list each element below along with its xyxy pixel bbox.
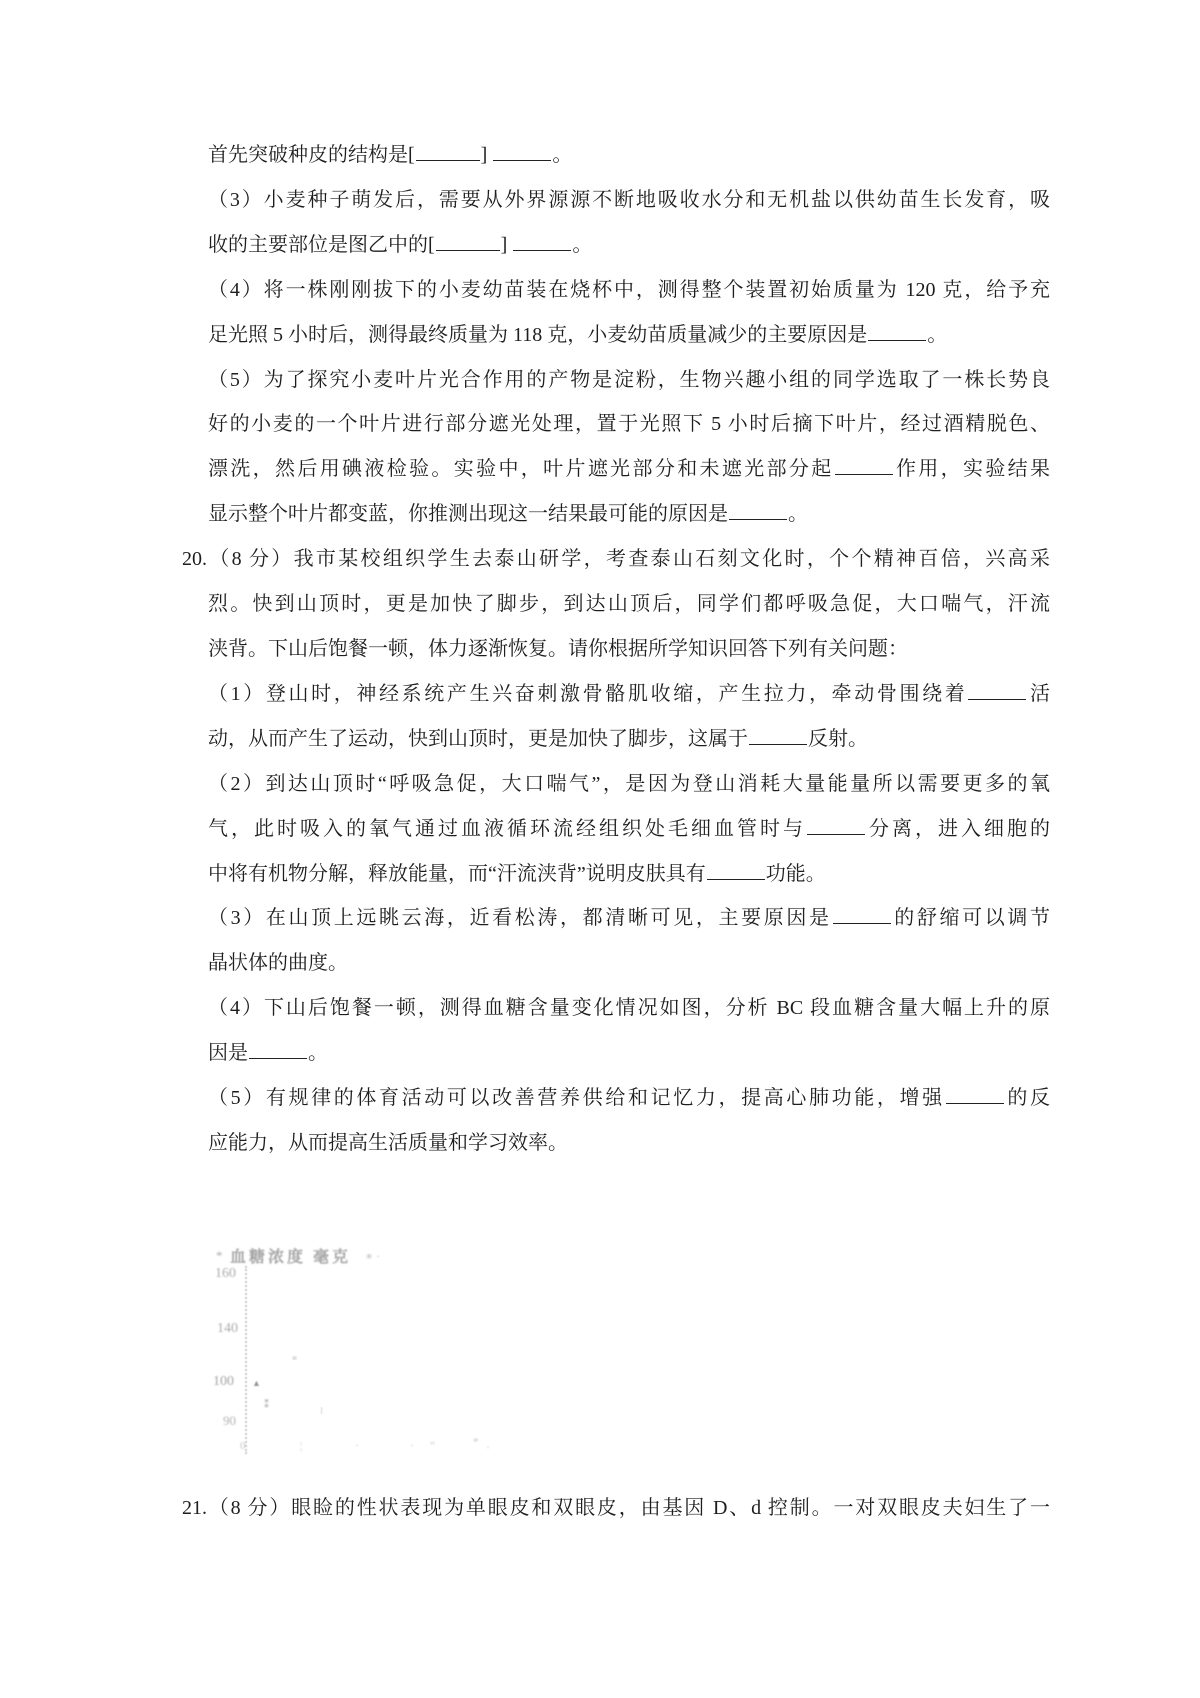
text-run: （3）小麦种子萌发后，需要从外界源源不断地吸收水分和无机盐以供幼苗生长发育，吸 [208,189,1050,211]
figure-x-tick: · [410,1438,414,1453]
answer-blank [436,247,500,251]
text-line: 晶状体的曲度。 [208,941,1050,986]
text-run: 气，此时吸入的氧气通过血液循环流经组织处毛细血管时与 [208,818,806,840]
figure-point: ⁑ [264,1400,269,1411]
text-line: 动，从而产生了运动，快到山顶时，更是加快了脚步，这属于反射。 [208,717,1050,762]
text-run: 晶状体的曲度。 [208,952,348,974]
text-line: 漂洗，然后用碘液检验。实验中，叶片遮光部分和未遮光部分起作用，实验结果 [208,447,1050,492]
text-line: （1）登山时，神经系统产生兴奋刺激骨骼肌收缩，产生拉力，牵动骨围绕着活 [208,672,1050,717]
text-line: 应能力，从而提高生活质量和学习效率。 [208,1121,1050,1166]
text-line: 中将有机物分解，释放能量，而“汗流浃背”说明皮肤具有功能。 [208,852,1050,897]
figure-title: 血糖浓度 毫克 [230,1244,351,1267]
text-line: 显示整个叶片都变蓝，你推测出现这一结果最可能的原因是。 [208,492,1050,537]
text-line: 首先突破种皮的结构是[] 。 [208,133,1050,178]
figure-y-tick: 90 [223,1413,236,1429]
text-line: 浃背。下山后饱餐一顿，体力逐渐恢复。请你根据所学知识回答下列有关问题： [208,627,1050,672]
figure-mark: * [216,1248,223,1264]
answer-blank [868,337,926,341]
answer-blank [493,157,551,161]
figure-x-tick: · [486,1440,490,1455]
text-line: （4）将一株刚刚拔下的小麦幼苗装在烧杯中，测得整个装置初始质量为 120 克，给… [208,268,1050,313]
answer-blank [835,471,893,475]
answer-blank [968,696,1026,700]
text-run: 作用，实验结果 [894,458,1050,480]
text-run: 。 [308,1042,328,1064]
answer-blank [249,1055,307,1059]
text-run: （5）有规律的体育活动可以改善营养供给和记忆力，提高心肺功能，增强 [208,1087,945,1109]
text-run: 显示整个叶片都变蓝，你推测出现这一结果最可能的原因是 [208,503,728,525]
text-line: 烈。快到山顶时，更是加快了脚步，到达山顶后，同学们都呼吸急促，大口喘气，汗流 [208,582,1050,627]
text-run: 动，从而产生了运动，快到山顶时，更是加快了脚步，这属于 [208,728,748,750]
text-run: （5）为了探究小麦叶片光合作用的产物是淀粉，生物兴趣小组的同学选取了一株长势良 [208,369,1050,391]
text-run: 因是 [208,1042,248,1064]
text-line: （5）为了探究小麦叶片光合作用的产物是淀粉，生物兴趣小组的同学选取了一株长势良 [208,358,1050,403]
figure-x-tick: · [355,1438,359,1453]
figure-x-tick: 0 [240,1440,246,1452]
text-run: 首先突破种皮的结构是[ [208,144,415,166]
figure-point: ▲ [252,1378,261,1388]
figure-y-tick: 140 [217,1321,238,1337]
text-run: 21.（8 分）眼睑的性状表现为单眼皮和双眼皮，由基因 D、d 控制。一对双眼皮… [182,1497,1050,1519]
text-run: （1）登山时，神经系统产生兴奋刺激骨骼肌收缩，产生拉力，牵动骨围绕着 [208,683,967,705]
text-line: （5）有规律的体育活动可以改善营养供给和记忆力，提高心肺功能，增强的反 [208,1076,1050,1121]
text-run: （3）在山顶上远眺云海，近看松涛，都清晰可见，主要原因是 [208,907,832,929]
text-line: 21.（8 分）眼睑的性状表现为单眼皮和双眼皮，由基因 D、d 控制。一对双眼皮… [182,1486,1050,1531]
text-run: 分离，进入细胞的 [866,818,1050,840]
text-run: 收的主要部位是图乙中的[ [208,234,435,256]
text-run: 活 [1027,683,1050,705]
figure-x-tick: „ [430,1434,435,1446]
text-line: （4）下山后饱餐一顿，测得血糖含量变化情况如图，分析 BC 段血糖含量大幅上升的… [208,986,1050,1031]
text-run: 。 [927,324,947,346]
figure-y-tick: 100 [213,1374,234,1390]
text-run [487,144,492,166]
text-run: 应能力，从而提高生活质量和学习效率。 [208,1132,568,1154]
text-run: 功能。 [766,863,826,885]
answer-blank [833,920,891,924]
figure-point: ≡ [292,1353,297,1363]
text-run: 浃背。下山后饱餐一顿，体力逐渐恢复。请你根据所学知识回答下列有关问题： [208,638,908,660]
figure-x-tick: * [473,1436,479,1448]
answer-blank [807,831,865,835]
answer-blank [729,516,787,520]
text-line: 因是。 [208,1031,1050,1076]
text-run: （2）到达山顶时“呼吸急促，大口喘气”，是因为登山消耗大量能量所以需要更多的氧 [208,773,1050,795]
figure-x-tick: ¦ [300,1440,302,1452]
text-run: 好的小麦的一个叶片进行部分遮光处理，置于光照下 5 小时后摘下叶片，经过酒精脱色… [208,413,1050,435]
text-run: 。 [572,234,592,256]
answer-blank [513,247,571,251]
answer-blank [416,157,480,161]
figure-point: ⁝ [320,1406,323,1417]
text-run: 中将有机物分解，释放能量，而“汗流浃背”说明皮肤具有 [208,863,706,885]
text-run: 。 [788,503,808,525]
figure-y-tick: 160 [215,1266,236,1282]
text-run: 反射。 [808,728,868,750]
text-run: 的反 [1005,1087,1050,1109]
text-line: （3）在山顶上远眺云海，近看松涛，都清晰可见，主要原因是的舒缩可以调节 [208,896,1050,941]
text-run [507,234,512,256]
figure-axis [245,1266,247,1454]
text-run: 漂洗，然后用碘液检验。实验中，叶片遮光部分和未遮光部分起 [208,458,834,480]
text-run: （4）下山后饱餐一顿，测得血糖含量变化情况如图，分析 BC 段血糖含量大幅上升的… [208,997,1050,1019]
text-line: 好的小麦的一个叶片进行部分遮光处理，置于光照下 5 小时后摘下叶片，经过酒精脱色… [208,402,1050,447]
answer-blank [707,876,765,880]
exam-page: 首先突破种皮的结构是[] 。（3）小麦种子萌发后，需要从外界源源不断地吸收水分和… [0,0,1200,1698]
answer-blank [946,1100,1004,1104]
figure-blood-glucose: *血糖浓度 毫克∗ ·16014010090▲≡⁑⁝0¦··„*· [190,1242,520,1462]
text-run: 。 [552,144,572,166]
text-run: 烈。快到山顶时，更是加快了脚步，到达山顶后，同学们都呼吸急促，大口喘气，汗流 [208,593,1050,615]
text-run: （4）将一株刚刚拔下的小麦幼苗装在烧杯中，测得整个装置初始质量为 120 克，给… [208,279,1050,301]
text-line: 20.（8 分）我市某校组织学生去泰山研学，考查泰山石刻文化时，个个精神百倍，兴… [182,537,1050,582]
text-line: 足光照 5 小时后，测得最终质量为 118 克，小麦幼苗质量减少的主要原因是。 [208,313,1050,358]
text-line: 收的主要部位是图乙中的[] 。 [208,223,1050,268]
text-line: （3）小麦种子萌发后，需要从外界源源不断地吸收水分和无机盐以供幼苗生长发育，吸 [208,178,1050,223]
text-run: 的舒缩可以调节 [892,907,1050,929]
text-run: 足光照 5 小时后，测得最终质量为 118 克，小麦幼苗质量减少的主要原因是 [208,324,867,346]
answer-blank [749,741,807,745]
text-line: （2）到达山顶时“呼吸急促，大口喘气”，是因为登山消耗大量能量所以需要更多的氧 [208,762,1050,807]
text-line: 气，此时吸入的氧气通过血液循环流经组织处毛细血管时与分离，进入细胞的 [208,807,1050,852]
text-run: 20.（8 分）我市某校组织学生去泰山研学，考查泰山石刻文化时，个个精神百倍，兴… [182,548,1050,570]
figure-mark: ∗ · [365,1249,380,1264]
